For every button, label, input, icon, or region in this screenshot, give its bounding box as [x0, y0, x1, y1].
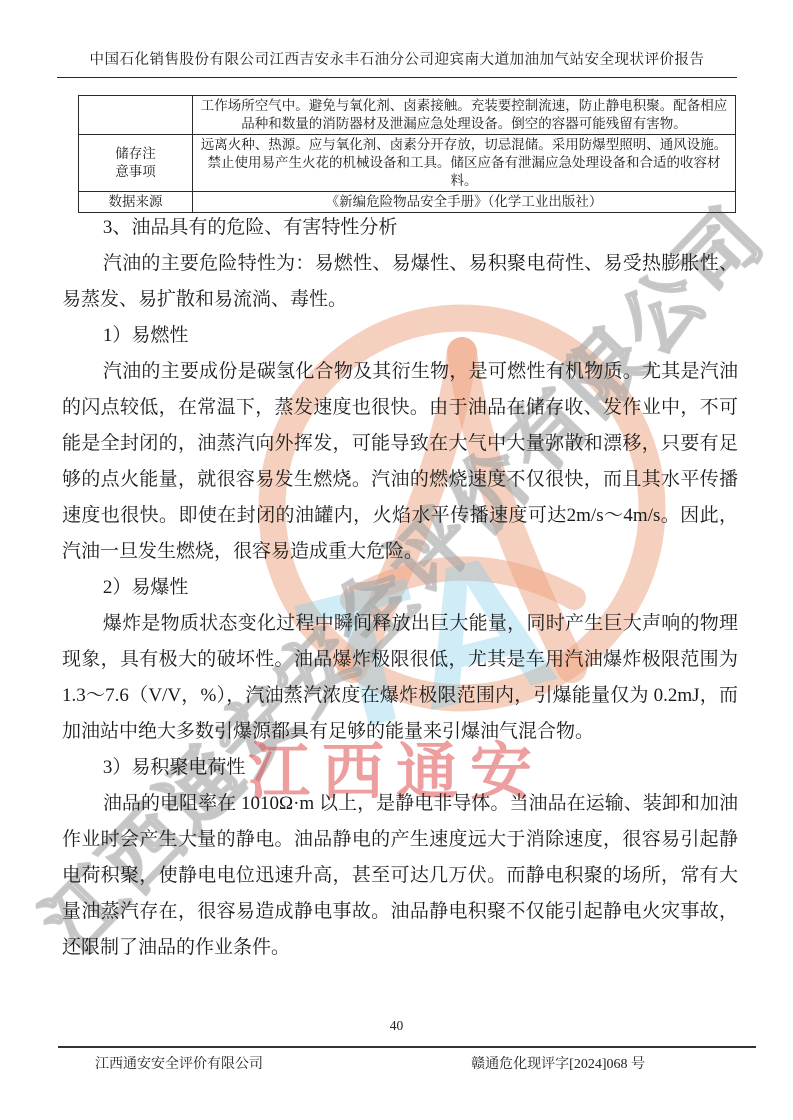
table-row-content: 工作场所空气中。避免与氧化剂、卤素接触。充装要控制流速，防止静电积聚。配备相应品… — [193, 96, 736, 135]
header-divider — [57, 77, 737, 78]
paragraph-static-charge: 油品的电阻率在 1010Ω·m 以上，是静电非导体。当油品在运输、装卸和加油作业… — [62, 786, 738, 966]
section-heading-flammability: 1）易燃性 — [62, 318, 738, 354]
table-row-content: 远离火种、热源。应与氧化剂、卤素分开存放，切忌混储。采用防爆型照明、通风设施。禁… — [193, 135, 736, 192]
footer-company: 江西通安安全评价有限公司 — [95, 1053, 263, 1073]
table-row-1: 储存注意事项 远离火种、热源。应与氧化剂、卤素分开存放，切忌混储。采用防爆型照明… — [79, 135, 736, 192]
table-row-0: 工作场所空气中。避免与氧化剂、卤素接触。充装要控制流速，防止静电积聚。配备相应品… — [79, 96, 736, 135]
page-number: 40 — [0, 1018, 793, 1034]
report-header-title: 中国石化销售股份有限公司江西吉安永丰石油分公司迎宾南大道加油加气站安全现状评价报… — [57, 48, 737, 69]
table-row-label — [79, 96, 193, 135]
section-heading-explosiveness: 2）易爆性 — [62, 570, 738, 606]
table-row-label: 储存注意事项 — [79, 135, 193, 192]
paragraph-flammability: 汽油的主要成份是碳氢化合物及其衍生物，是可燃性有机物质。尤其是汽油的闪点较低，在… — [62, 354, 738, 570]
footer-doc-number: 赣通危化现评字[2024]068 号 — [471, 1053, 645, 1073]
body-text: 3、油品具有的危险、有害特性分析 汽油的主要危险特性为：易燃性、易爆性、易积聚电… — [62, 210, 738, 966]
footer-divider — [58, 1046, 756, 1048]
section-heading-static-charge: 3）易积聚电荷性 — [62, 750, 738, 786]
document-page: TA 江西通安安全评价有限公司 江西通安 中国石化销售股份有限公司江西吉安永丰石… — [0, 0, 793, 1120]
footer: 江西通安安全评价有限公司 赣通危化现评字[2024]068 号 — [95, 1053, 645, 1073]
paragraph-main-hazards: 汽油的主要危险特性为：易燃性、易爆性、易积聚电荷性、易受热膨胀性、易蒸发、易扩散… — [62, 246, 738, 318]
paragraph-explosiveness: 爆炸是物质状态变化过程中瞬间释放出巨大能量，同时产生巨大声响的物理现象，具有极大… — [62, 606, 738, 750]
hazard-spec-table: 工作场所空气中。避免与氧化剂、卤素接触。充装要控制流速，防止静电积聚。配备相应品… — [78, 95, 736, 213]
section-heading-oil-hazards: 3、油品具有的危险、有害特性分析 — [62, 210, 738, 246]
